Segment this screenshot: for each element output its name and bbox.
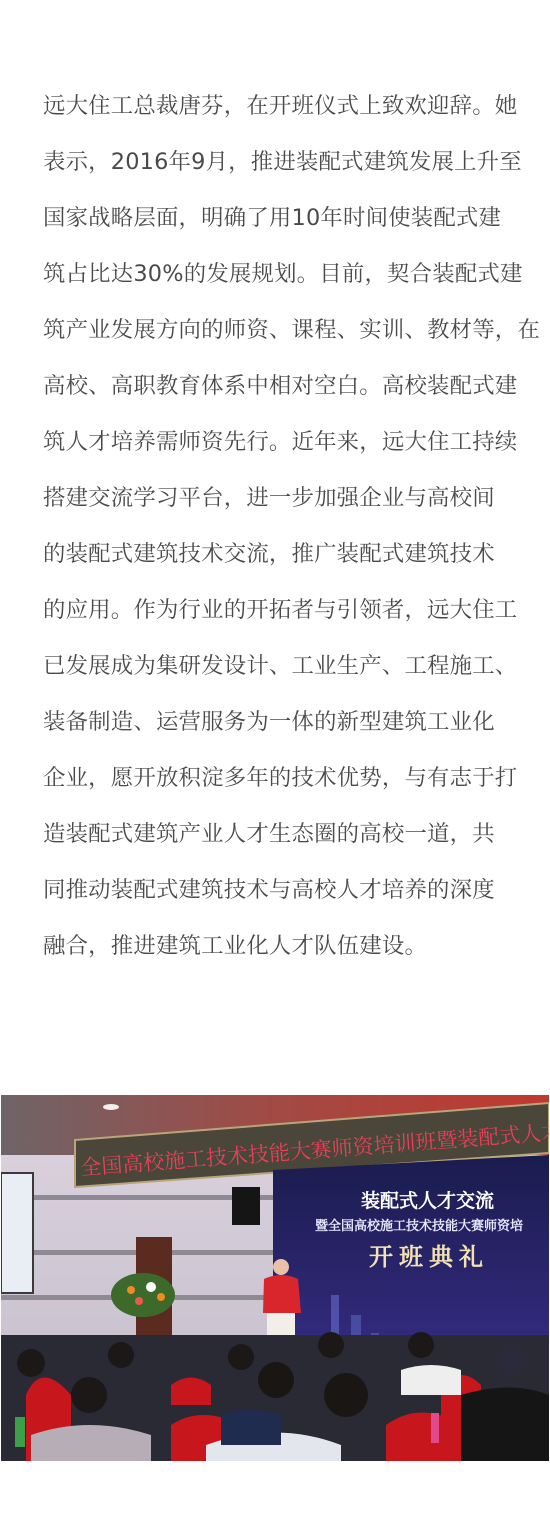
paragraph-line: 企业，愿开放积淀多年的技术优势，与有志于打 — [43, 758, 509, 814]
paragraph-line: 融合，推进建筑工业化人才队伍建设。 — [43, 926, 509, 982]
paragraph-line: 表示，2016年9月，推进装配式建筑发展上升至 — [43, 142, 509, 198]
paragraph-line: 筑人才培养需师资先行。近年来，远大住工持续 — [43, 422, 509, 478]
paragraph-line: 高校、高职教育体系中相对空白。高校装配式建 — [43, 366, 509, 422]
screen-title-2: 暨全国高校施工技术技能大赛师资培 — [315, 1218, 523, 1234]
paragraph-line: 筑占比达30%的发展规划。目前，契合装配式建 — [43, 254, 509, 310]
paragraph-line: 搭建交流学习平台，进一步加强企业与高校间 — [43, 478, 509, 534]
paragraph-line: 已发展成为集研发设计、工业生产、工程施工、 — [43, 646, 509, 702]
event-photo: 全国高校施工技术技能大赛师资培训班暨装配式人才交流 装配式人才交流 暨全国高校施… — [1, 1095, 549, 1461]
article-body: 远大住工总裁唐芬，在开班仪式上致欢迎辞。她 表示，2016年9月，推进装配式建筑… — [43, 86, 509, 982]
paragraph-line: 造装配式建筑产业人才生态圈的高校一道，共 — [43, 814, 509, 870]
paragraph-line: 装备制造、运营服务为一体的新型建筑工业化 — [43, 702, 509, 758]
screen-title-1: 装配式人才交流 — [361, 1189, 494, 1212]
paragraph-line: 国家战略层面，明确了用10年时间使装配式建 — [43, 198, 509, 254]
paragraph-line: 的装配式建筑技术交流，推广装配式建筑技术 — [43, 534, 509, 590]
paragraph-line: 的应用。作为行业的开拓者与引领者，远大住工 — [43, 590, 509, 646]
screen-title-3: 开班典礼 — [369, 1243, 489, 1271]
paragraph-line: 同推动装配式建筑技术与高校人才培养的深度 — [43, 870, 509, 926]
paragraph-line: 远大住工总裁唐芬，在开班仪式上致欢迎辞。她 — [43, 86, 509, 142]
paragraph-line: 筑产业发展方向的师资、课程、实训、教材等，在 — [43, 310, 509, 366]
